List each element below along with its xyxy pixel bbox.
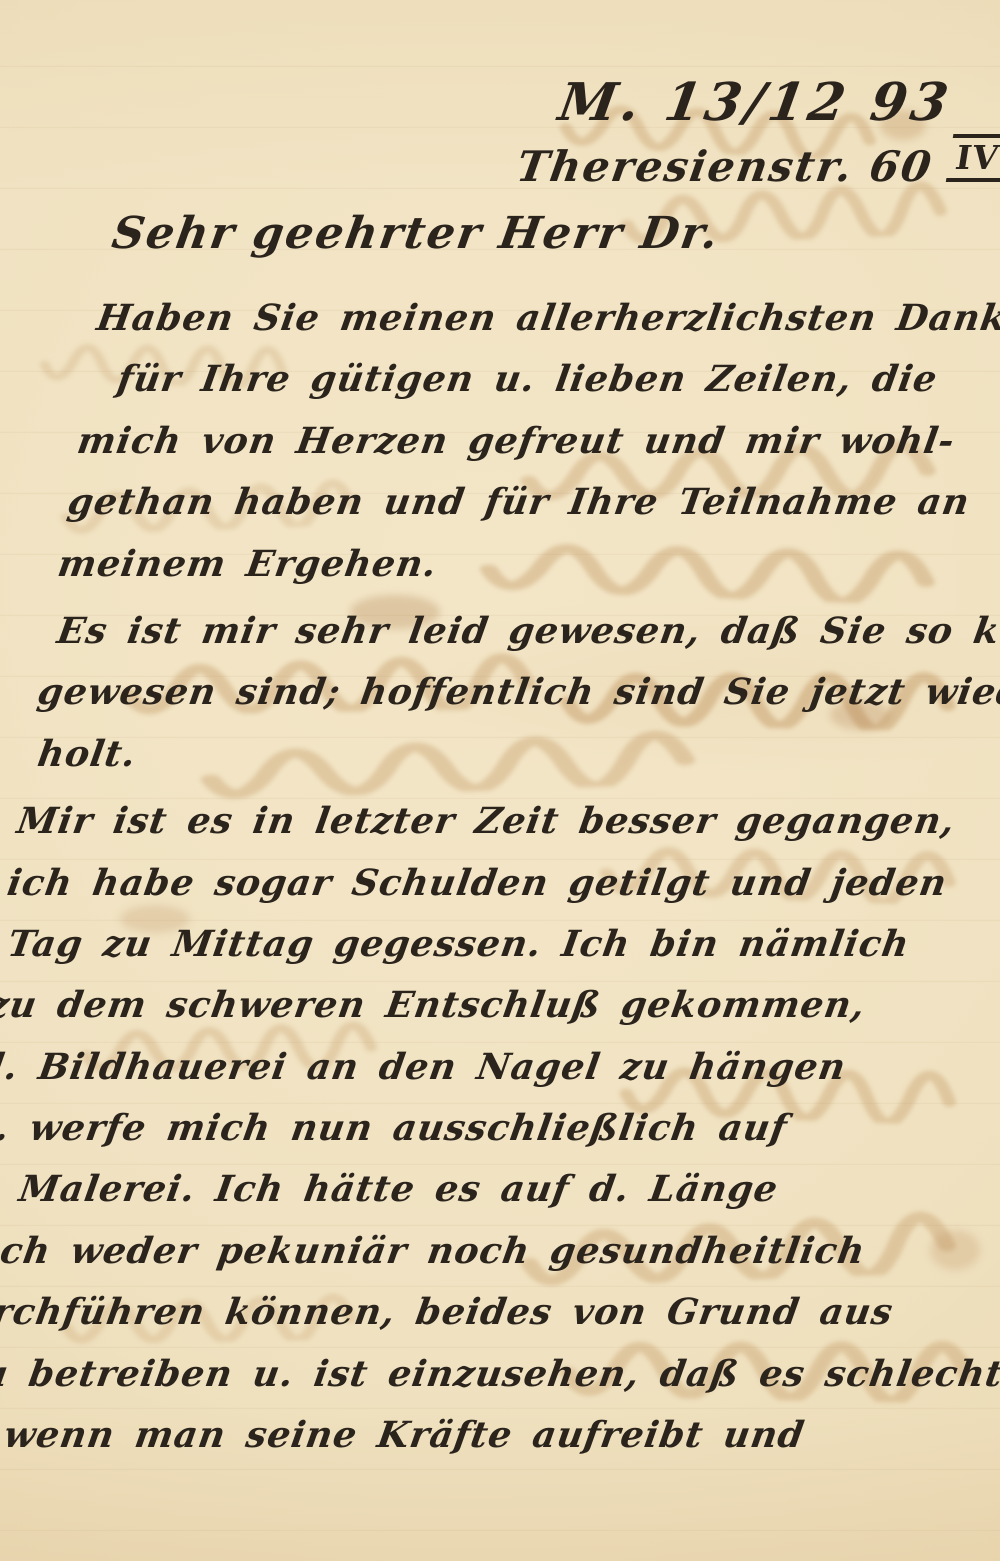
body-line: doch weder pekuniär noch gesundheitlich bbox=[0, 1221, 922, 1282]
body-line: d. Malerei. Ich hätte es auf d. Länge bbox=[0, 1159, 932, 1220]
body-line: ich habe sogar Schulden getilgt und jede… bbox=[3, 853, 981, 914]
body-line: u. werfe mich nun ausschließlich auf bbox=[0, 1098, 942, 1159]
body-line: Tag zu Mittag gegessen. Ich bin nämlich bbox=[0, 914, 971, 975]
address-text: Theresienstr. 60 bbox=[513, 142, 936, 191]
body-line: gewesen sind; hoffentlich sind Sie jetzt… bbox=[33, 662, 1000, 723]
foxing-stain bbox=[930, 1230, 980, 1270]
body-line: d. Bildhauerei an den Nagel zu hängen bbox=[0, 1037, 951, 1098]
body-line: Mir ist es in letzter Zeit besser gegang… bbox=[13, 791, 991, 852]
body-line: mich von Herzen gefreut und mir wohl- bbox=[73, 411, 1000, 472]
date-line: M. 13/12 93 bbox=[555, 72, 957, 133]
body-line: holt. bbox=[23, 724, 1000, 785]
floor-numeral: IV bbox=[946, 134, 1000, 182]
body-line: für Ihre gütigen u. lieben Zeilen, die bbox=[83, 349, 1000, 410]
salutation: Sehr geehrter Herr Dr. bbox=[109, 208, 724, 259]
letter-photo: { "letter": { "header": { "date_line": "… bbox=[0, 0, 1000, 1561]
body-line: gethan haben und für Ihre Teilnahme an bbox=[63, 472, 1000, 533]
body-line: zu dem schweren Entschluß gekommen, bbox=[0, 975, 961, 1036]
body-line: ist wenn man seine Kräfte aufreibt und bbox=[0, 1405, 893, 1466]
body-line: meinem Ergehen. bbox=[53, 534, 1000, 595]
handwriting-layer: M. 13/12 93 Theresienstr. 60IV Sehr geeh… bbox=[0, 0, 1000, 1561]
address-line: Theresienstr. 60IV bbox=[513, 142, 1000, 194]
body-line: durchführen können, beides von Grund aus bbox=[0, 1282, 913, 1343]
body-line: zu betreiben u. ist einzusehen, daß es s… bbox=[0, 1344, 903, 1405]
letter-body: Haben Sie meinen allerherzlichsten Dank … bbox=[0, 288, 1000, 1466]
body-line: Es ist mir sehr leid gewesen, daß Sie so… bbox=[43, 601, 1000, 662]
body-line: Haben Sie meinen allerherzlichsten Dank bbox=[92, 288, 1000, 349]
